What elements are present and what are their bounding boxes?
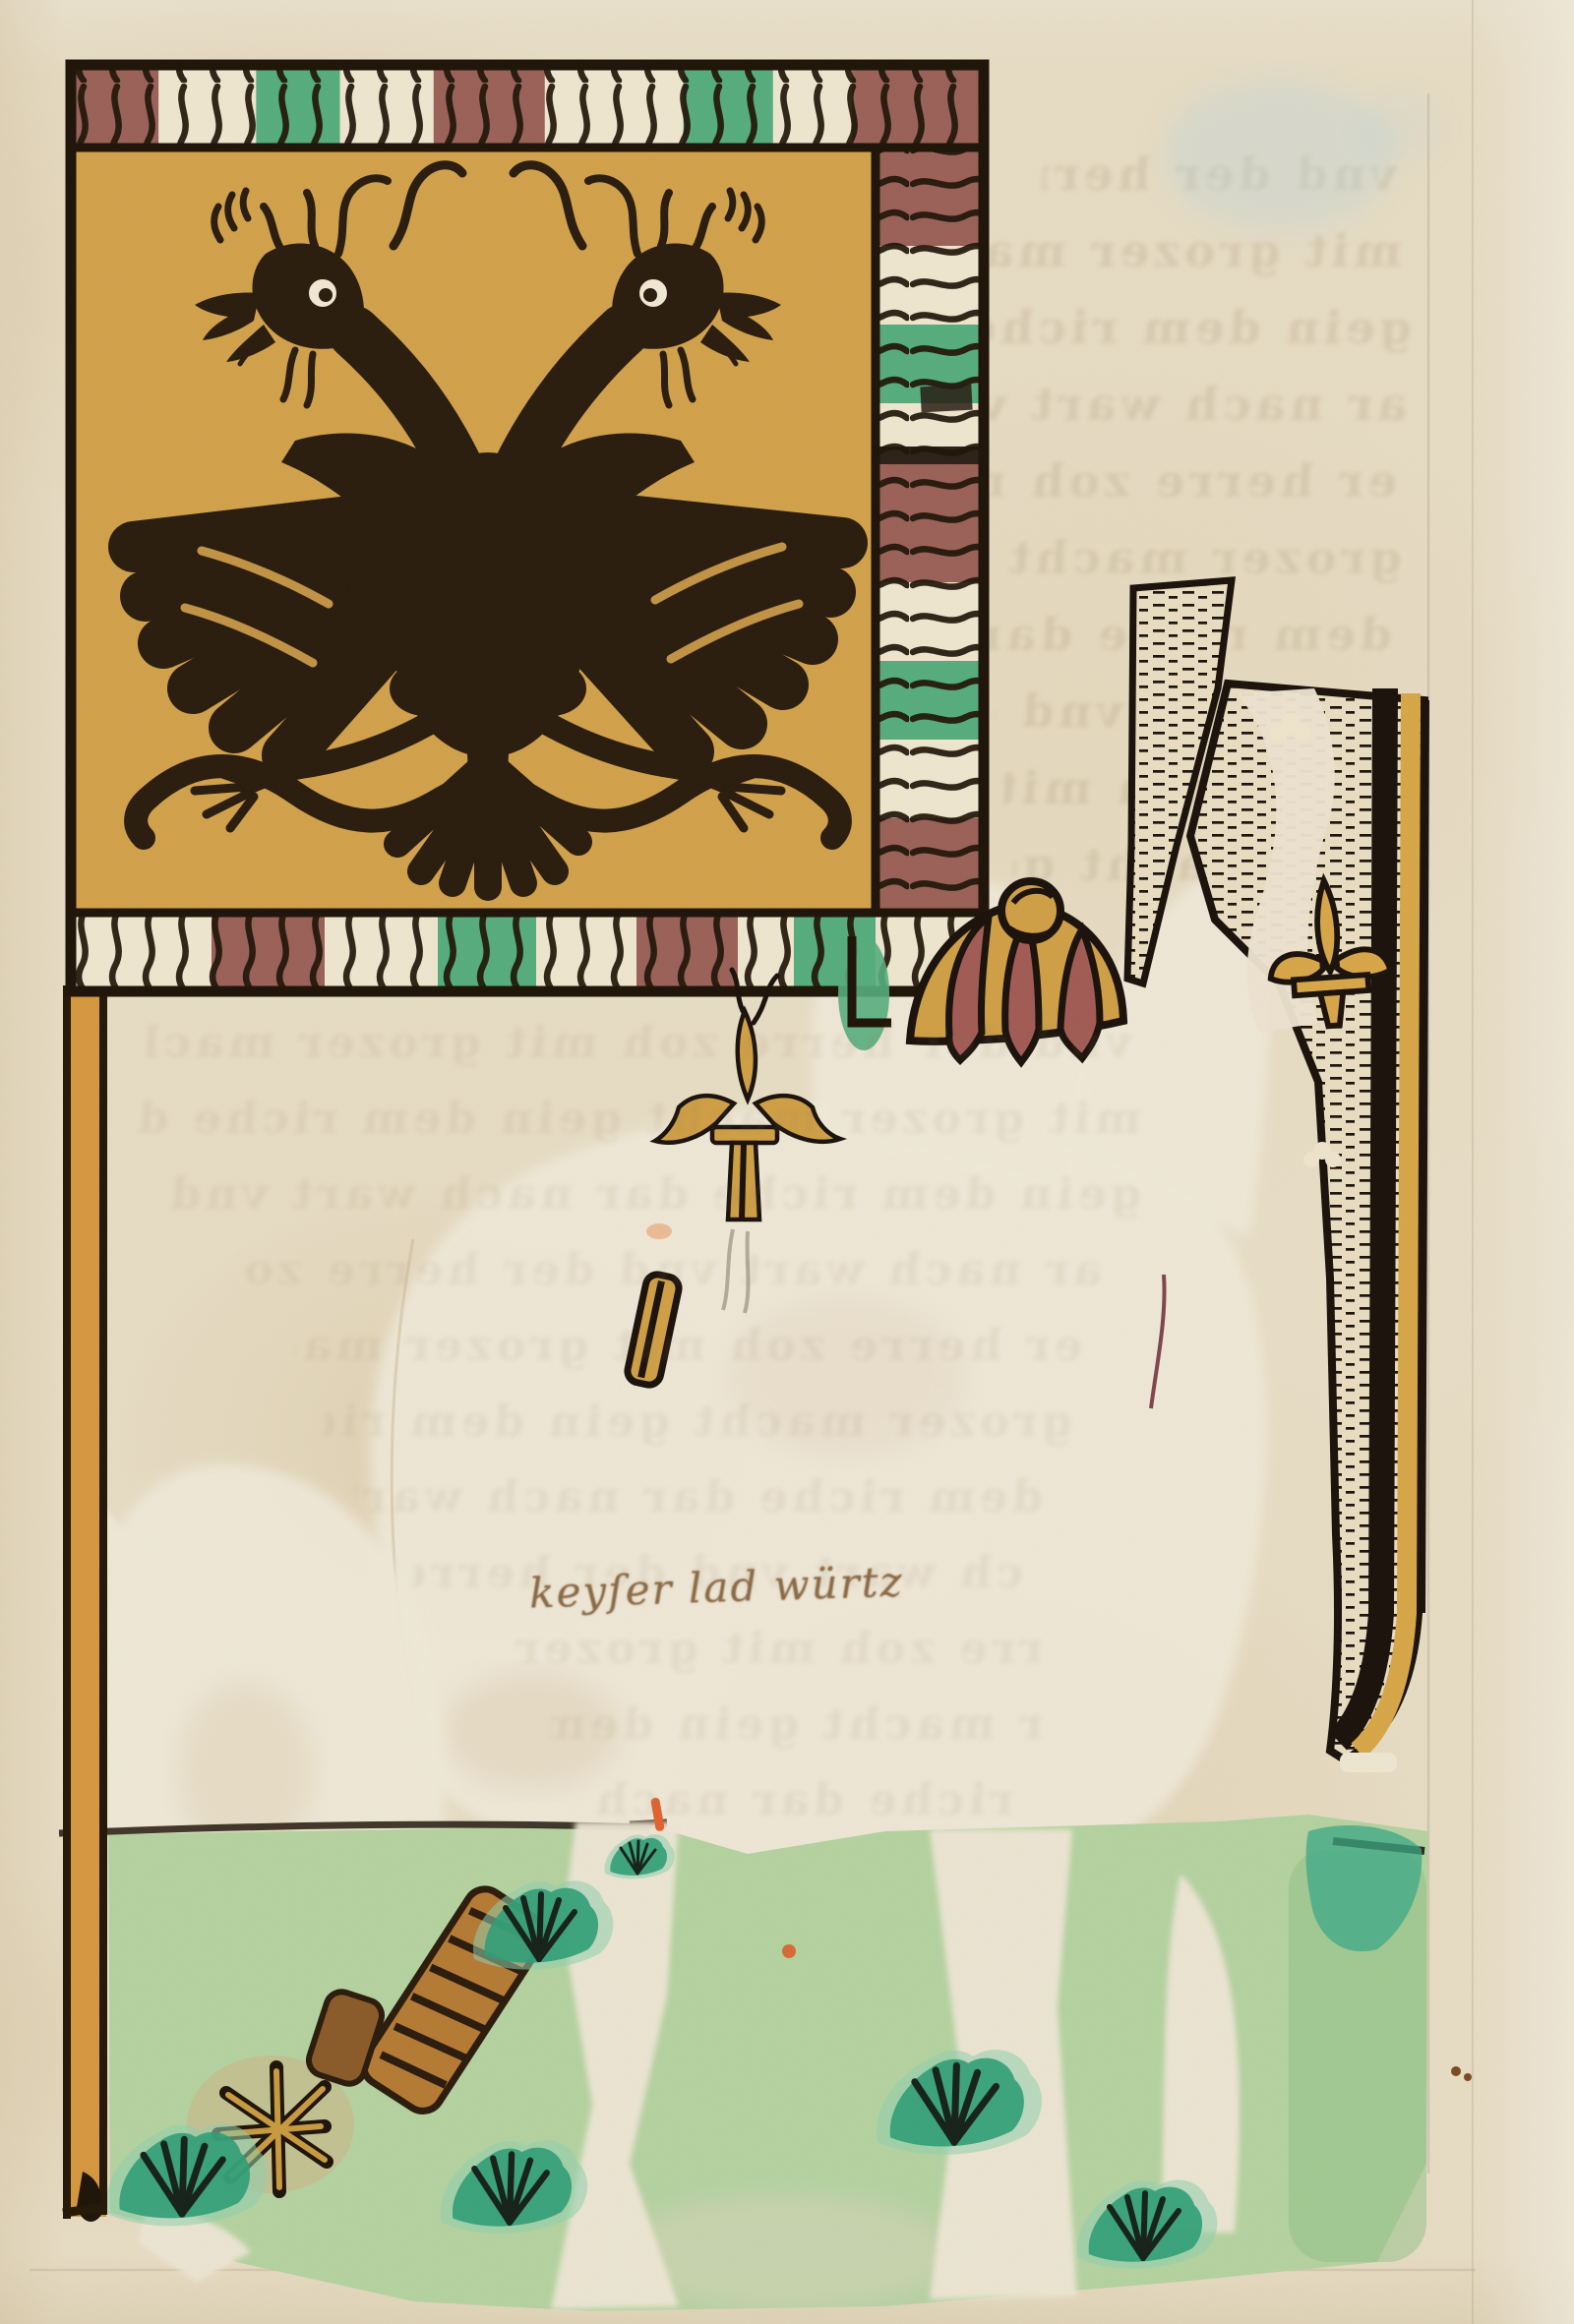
imperial-banner xyxy=(71,65,984,991)
manuscript-page: vnd der herre zoh mit grozer macht gein … xyxy=(0,0,1574,2324)
blue-smudge xyxy=(1163,79,1438,232)
faded-horse-and-rider xyxy=(370,859,1281,1876)
flag-staff xyxy=(63,985,106,2222)
manuscript-illustration xyxy=(0,0,1574,2324)
